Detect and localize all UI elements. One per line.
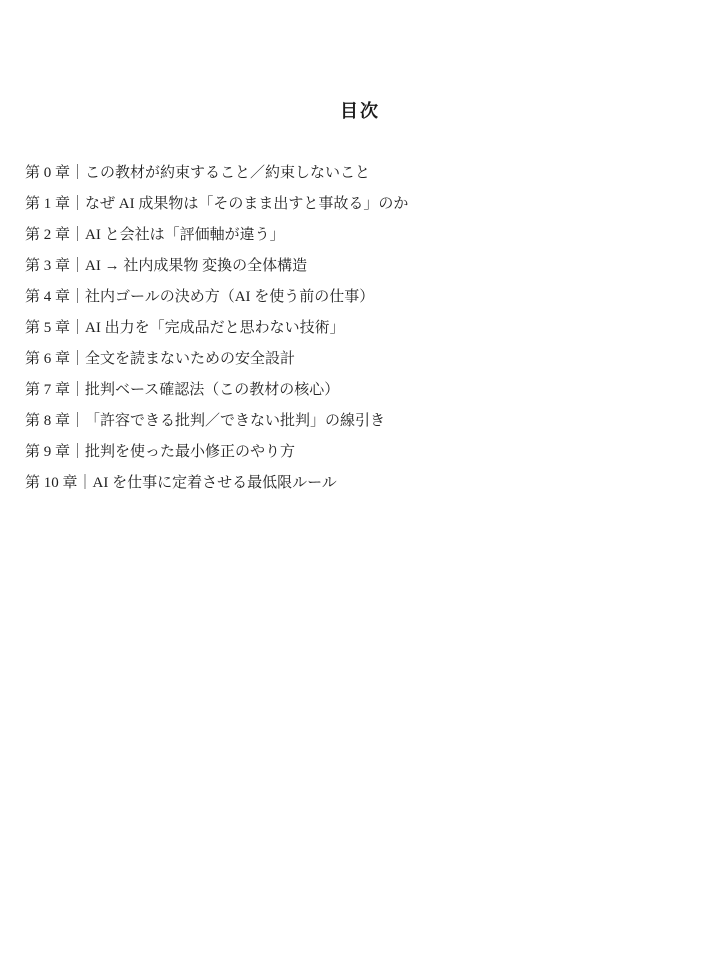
toc-entry-chapter-7: 第 7 章｜批判ベース確認法（この教材の核心） [25, 375, 695, 406]
document-page: 目次 第 0 章｜この教材が約束すること／約束しないこと 第 1 章｜なぜ AI… [0, 0, 720, 960]
toc-entry-chapter-8: 第 8 章｜「許容できる批判／できない批判」の線引き [25, 406, 695, 437]
toc-entry-chapter-6: 第 6 章｜全文を読まないための安全設計 [25, 344, 695, 375]
table-of-contents: 第 0 章｜この教材が約束すること／約束しないこと 第 1 章｜なぜ AI 成果… [25, 158, 695, 499]
toc-entry-chapter-2: 第 2 章｜AI と会社は「評価軸が違う」 [25, 220, 695, 251]
toc-entry-chapter-9: 第 9 章｜批判を使った最小修正のやり方 [25, 437, 695, 468]
toc-entry-chapter-10: 第 10 章｜AI を仕事に定着させる最低限ルール [25, 468, 695, 499]
page-title: 目次 [0, 0, 720, 122]
toc-entry-chapter-4: 第 4 章｜社内ゴールの決め方（AI を使う前の仕事） [25, 282, 695, 313]
toc-entry-chapter-3: 第 3 章｜AI → 社内成果物 変換の全体構造 [25, 251, 695, 282]
toc-entry-chapter-1: 第 1 章｜なぜ AI 成果物は「そのまま出すと事故る」のか [25, 189, 695, 220]
toc-entry-chapter-5: 第 5 章｜AI 出力を「完成品だと思わない技術」 [25, 313, 695, 344]
toc-entry-chapter-0: 第 0 章｜この教材が約束すること／約束しないこと [25, 158, 695, 189]
